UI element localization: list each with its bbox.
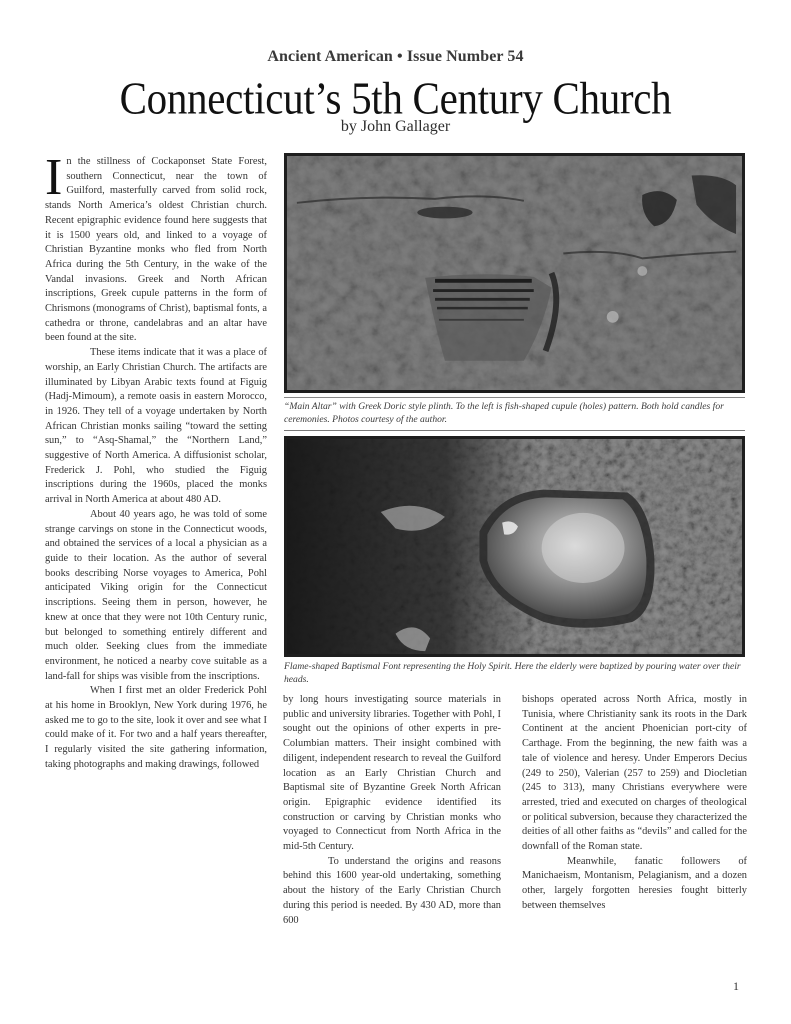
paragraph: About 40 years ago, he was told of some … bbox=[45, 508, 267, 684]
article-byline: by John Gallager bbox=[0, 118, 791, 136]
photo-main-altar-icon bbox=[287, 156, 742, 390]
text-column-middle: by long hours investigating source mater… bbox=[283, 693, 501, 928]
paragraph: In the stillness of Cockaponset State Fo… bbox=[45, 155, 267, 346]
photo-caption: Flame-shaped Baptismal Font representing… bbox=[284, 660, 745, 686]
photo-baptismal-font-icon bbox=[287, 439, 742, 654]
text-column-right: bishops operated across North Africa, mo… bbox=[522, 693, 747, 914]
drop-cap: I bbox=[45, 158, 62, 198]
paragraph: When I first met an older Frederick Pohl… bbox=[45, 684, 267, 772]
article-title: Connecticut’s 5th Century Church bbox=[0, 73, 791, 122]
page-number: 1 bbox=[733, 979, 739, 994]
paragraph-text: n the stillness of Cockaponset State For… bbox=[45, 156, 267, 343]
publication-header: Ancient American • Issue Number 54 bbox=[0, 48, 791, 66]
photo-caption: “Main Altar” with Greek Doric style plin… bbox=[284, 400, 745, 431]
paragraph: To understand the origins and reasons be… bbox=[283, 855, 501, 929]
caption-rule bbox=[284, 397, 745, 398]
paragraph: bishops operated across North Africa, mo… bbox=[522, 693, 747, 855]
text-column-left: In the stillness of Cockaponset State Fo… bbox=[45, 155, 267, 773]
baptismal-font-photo bbox=[284, 436, 745, 657]
paragraph: Meanwhile, fanatic followers of Manichae… bbox=[522, 855, 747, 914]
paragraph: by long hours investigating source mater… bbox=[283, 693, 501, 855]
paragraph: These items indicate that it was a place… bbox=[45, 346, 267, 508]
main-altar-photo bbox=[284, 153, 745, 393]
